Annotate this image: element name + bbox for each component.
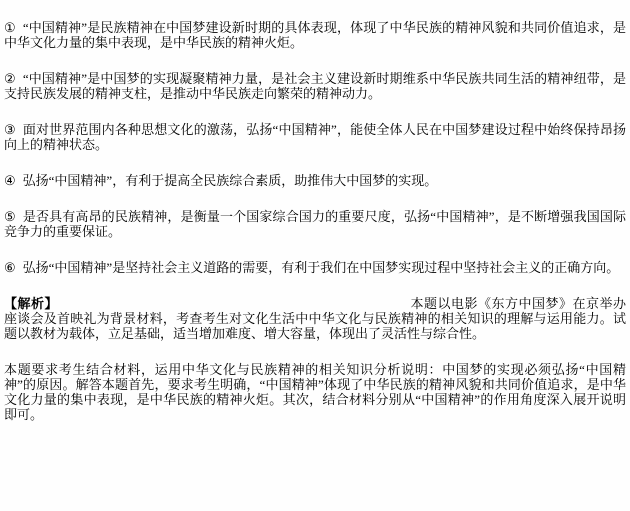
- point-marker-2: ②: [4, 71, 16, 86]
- answer-point-1: ①“中国精神”是民族精神在中国梦建设新时期的具体表现，体现了中华民族的精神风貌和…: [4, 20, 626, 50]
- point-marker-5: ⑤: [4, 209, 16, 224]
- analysis-text-2: 本题要求考生结合材料，运用中华文化与民族精神的相关知识分析说明：中国梦的实现必须…: [4, 362, 626, 422]
- point-text-5: 是否具有高昂的民族精神，是衡量一个国家综合国力的重要尺度，弘扬“中国精神”，是不…: [4, 209, 626, 239]
- point-marker-4: ④: [4, 173, 16, 188]
- answer-point-2: ②“中国精神”是中国梦的实现凝聚精神力量，是社会主义建设新时期维系中华民族共同生…: [4, 71, 626, 101]
- analysis-paragraph-2: 本题要求考生结合材料，运用中华文化与民族精神的相关知识分析说明：中国梦的实现必须…: [4, 362, 626, 422]
- point-text-2: “中国精神”是中国梦的实现凝聚精神力量，是社会主义建设新时期维系中华民族共同生活…: [4, 71, 626, 101]
- point-text-6: 弘扬“中国精神”是坚持社会主义道路的需要，有利于我们在中国梦实现过程中坚持社会主…: [23, 260, 620, 275]
- analysis-label-spacer: [58, 307, 410, 308]
- point-text-3: 面对世界范围内各种思想文化的激荡，弘扬“中国精神”，能使全体人民在中国梦建设过程…: [4, 122, 626, 152]
- point-text-1: “中国精神”是民族精神在中国梦建设新时期的具体表现，体现了中华民族的精神风貌和共…: [4, 20, 626, 50]
- point-marker-6: ⑥: [4, 260, 16, 275]
- point-text-4: 弘扬“中国精神”，有利于提高全民族综合素质，助推伟大中国梦的实现。: [23, 173, 438, 188]
- answer-point-5: ⑤是否具有高昂的民族精神，是衡量一个国家综合国力的重要尺度，弘扬“中国精神”，是…: [4, 209, 626, 239]
- analysis-label: 【解析】: [4, 296, 58, 311]
- analysis-paragraph-1: 【解析】本题以电影《东方中国梦》在京举办座谈会及首映礼为背景材料，考查考生对文化…: [4, 296, 626, 341]
- answer-point-4: ④弘扬“中国精神”，有利于提高全民族综合素质，助推伟大中国梦的实现。: [4, 173, 626, 188]
- answer-point-3: ③面对世界范围内各种思想文化的激荡，弘扬“中国精神”，能使全体人民在中国梦建设过…: [4, 122, 626, 152]
- point-marker-1: ①: [4, 20, 16, 35]
- point-marker-3: ③: [4, 122, 16, 137]
- analysis-text-1: 本题以电影《东方中国梦》在京举办座谈会及首映礼为背景材料，考查考生对文化生活中中…: [4, 296, 626, 341]
- document-body: ①“中国精神”是民族精神在中国梦建设新时期的具体表现，体现了中华民族的精神风貌和…: [0, 0, 630, 511]
- answer-point-6: ⑥弘扬“中国精神”是坚持社会主义道路的需要，有利于我们在中国梦实现过程中坚持社会…: [4, 260, 626, 275]
